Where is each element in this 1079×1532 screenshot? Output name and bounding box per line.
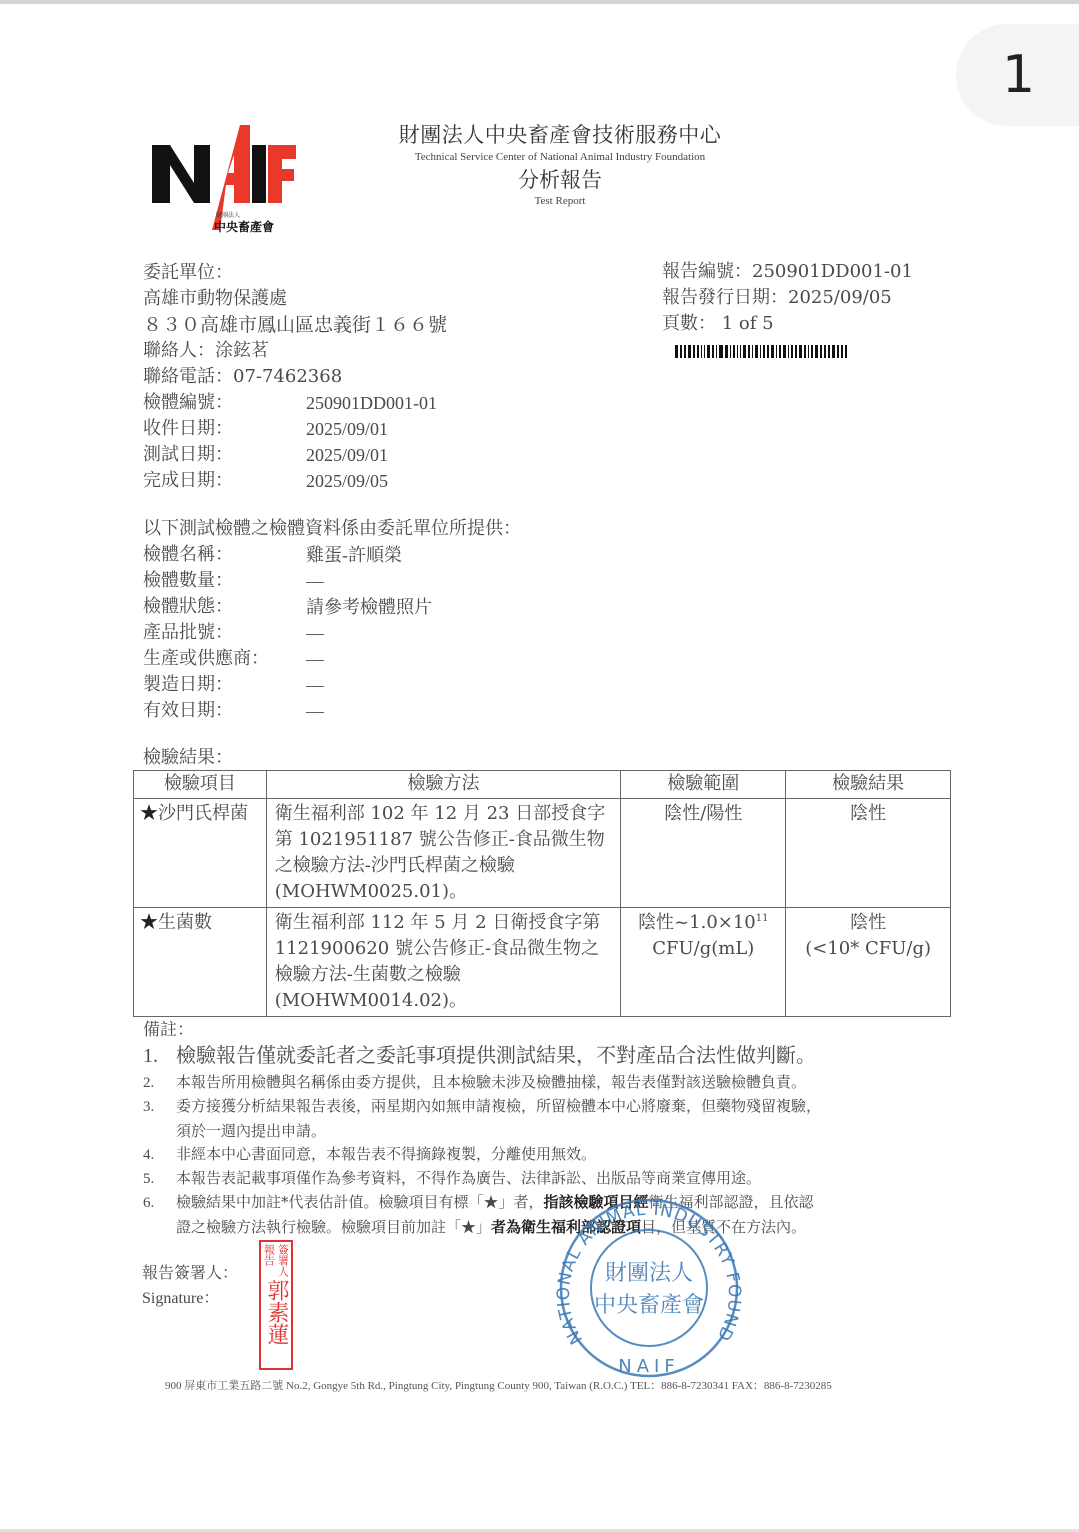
sample-status-value: 請參考檢體照片 [306, 594, 432, 620]
foundation-stamp-icon: NATIONAL ANIMAL INDUSTRY FOUNDATION NAIF… [553, 1190, 745, 1380]
report-title-en: Test Report [340, 194, 780, 208]
signature-label: 報告簽署人： Signature： [142, 1260, 238, 1312]
signature-label-en: Signature： [142, 1286, 238, 1312]
header-test-range: 檢驗範圍 [621, 771, 786, 799]
supplier-label: 生產或供應商： [143, 646, 269, 672]
received-date-value: 2025/09/01 [306, 416, 388, 442]
batch-number-label: 產品批號： [143, 620, 233, 646]
certified-star-icon: ★ [140, 803, 158, 824]
report-issue-date: 報告發行日期：2025/09/05 [662, 285, 892, 311]
client-contact: 聯絡人：涂鉉茗 [143, 338, 269, 364]
client-name: 高雄市動物保護處 [143, 286, 287, 312]
org-name-en: Technical Service Center of National Ani… [340, 150, 780, 164]
results-table: 檢驗項目 檢驗方法 檢驗範圍 檢驗結果 ★沙門氏桿菌 衛生福利部 102 年 1… [133, 770, 951, 1017]
provided-info-intro: 以下測試檢體之檢體資料係由委託單位所提供： [143, 516, 521, 542]
method-line: 第 1021951187 號公告修正-食品微生物 [275, 827, 613, 853]
range-value: 陰性/陽性 [625, 801, 781, 827]
test-range-cell: 陰性/陽性 [621, 799, 786, 908]
expiry-date-value: — [306, 698, 324, 724]
report-header: 財團法人中央畜產會技術服務中心 Technical Service Center… [340, 120, 780, 208]
test-method-cell: 衛生福利部 102 年 12 月 23 日部授食字 第 1021951187 號… [266, 799, 621, 908]
seal-text: 報告 [263, 1244, 276, 1277]
notes-title: 備註： [143, 1015, 194, 1040]
table-row: ★沙門氏桿菌 衛生福利部 102 年 12 月 23 日部授食字 第 10219… [134, 799, 951, 908]
method-line: 衛生福利部 112 年 5 月 2 日衛授食字第 [275, 910, 613, 936]
test-date-label: 測試日期： [143, 442, 233, 468]
test-item-cell: ★沙門氏桿菌 [134, 799, 267, 908]
svg-text:中央畜產會: 中央畜產會 [214, 219, 274, 234]
sample-quantity-value: — [306, 568, 324, 594]
seal-text: 簽署人 [277, 1244, 290, 1277]
result-detail: (<10* CFU/g) [790, 936, 946, 962]
barcode [675, 345, 901, 358]
expiry-date-label: 有效日期： [143, 698, 233, 724]
report-pages: 頁數： 1 of 5 [662, 311, 774, 337]
report-number: 報告編號：250901DD001-01 [662, 259, 913, 285]
note-text: 非經本中心書面同意，本報告表不得摘錄複製，分離使用無效。 [176, 1145, 596, 1163]
signature-seal: 報告 簽署人 郭素蓮 [259, 1240, 293, 1370]
top-border [0, 0, 1079, 4]
range-unit: CFU/g(mL) [625, 936, 781, 962]
client-address: ８３０高雄市鳳山區忠義街１６６號 [143, 312, 447, 338]
test-result-cell: 陰性 [786, 799, 951, 908]
note-text: 證之檢驗方法執行檢驗。檢驗項目前加註「★」 [176, 1218, 491, 1236]
test-range-cell: 陰性~1.0×1011 CFU/g(mL) [621, 908, 786, 1017]
batch-number-value: — [306, 620, 324, 646]
sample-status-label: 檢體狀態： [143, 594, 233, 620]
client-phone: 聯絡電話：07-7462368 [143, 364, 342, 390]
method-line: 之檢驗方法-沙門氏桿菌之檢驗 [275, 853, 613, 879]
note-text: 本報告所用檢體與名稱係由委方提供，且本檢驗未涉及檢體抽樣，報告表僅對該送驗檢體負… [176, 1073, 806, 1091]
document-viewer: 1 財團法人 中央畜產會 財團法人中央畜產會技術服務中心 Technical S… [0, 0, 1079, 1532]
method-line: 衛生福利部 102 年 12 月 23 日部授食字 [275, 801, 613, 827]
sample-name-label: 檢體名稱： [143, 542, 233, 568]
seal-signer-name: 郭素蓮 [263, 1279, 289, 1345]
client-label: 委託單位： [143, 260, 233, 286]
report-title-zh: 分析報告 [340, 166, 780, 194]
note-item: 3.委方接獲分析結果報告表後，兩星期內如無申請複檢，所留檢體本中心將廢棄，但藥物… [143, 1094, 821, 1143]
note-number: 1. [143, 1041, 176, 1071]
footer-address: 900 屏東市工業五路二號 No.2, Gongye 5th Rd., Ping… [165, 1377, 832, 1393]
header-test-item: 檢驗項目 [134, 771, 267, 799]
note-item: 2.本報告所用檢體與名稱係由委方提供，且本檢驗未涉及檢體抽樣，報告表僅對該送驗檢… [143, 1070, 806, 1095]
test-date-value: 2025/09/01 [306, 442, 388, 468]
manufacture-date-value: — [306, 672, 324, 698]
note-item: 5.本報告表記載事項僅作為參考資料，不得作為廣告、法律訴訟、出版品等商業宣傳用途… [143, 1166, 761, 1191]
method-line: 檢驗方法-生菌數之檢驗 [275, 962, 613, 988]
result-value: 陰性 [790, 801, 946, 827]
table-row: ★生菌數 衛生福利部 112 年 5 月 2 日衛授食字第 1121900620… [134, 908, 951, 1017]
results-title: 檢驗結果： [143, 745, 233, 771]
note-item: 4.非經本中心書面同意，本報告表不得摘錄複製，分離使用無效。 [143, 1142, 596, 1167]
received-date-label: 收件日期： [143, 416, 233, 442]
svg-text:中央畜產會: 中央畜產會 [594, 1293, 704, 1318]
naif-logo: 財團法人 中央畜產會 [150, 125, 300, 235]
note-text: 檢驗報告僅就委託者之委託事項提供測試結果，不對產品合法性做判斷。 [176, 1043, 816, 1067]
note-number: 3. [143, 1095, 176, 1119]
range-value: 陰性~1.0×1011 [625, 910, 781, 936]
range-prefix: 陰性~1.0×10 [638, 912, 756, 933]
note-item: 1.檢驗報告僅就委託者之委託事項提供測試結果，不對產品合法性做判斷。 [143, 1040, 816, 1071]
manufacture-date-label: 製造日期： [143, 672, 233, 698]
svg-text:財團法人: 財團法人 [605, 1261, 693, 1286]
note-number: 2. [143, 1071, 176, 1095]
note-text: 本報告表記載事項僅作為參考資料，不得作為廣告、法律訴訟、出版品等商業宣傳用途。 [176, 1169, 761, 1187]
sample-id-label: 檢體編號： [143, 390, 233, 416]
svg-text:財團法人: 財團法人 [216, 211, 240, 219]
page-number-badge: 1 [956, 24, 1079, 126]
supplier-value: — [306, 646, 324, 672]
official-stamp: NATIONAL ANIMAL INDUSTRY FOUNDATION NAIF… [553, 1190, 745, 1380]
note-text: 檢驗結果中加註*代表估計值。檢驗項目有標「★」者， [176, 1193, 544, 1211]
naif-logo-icon: 財團法人 中央畜產會 [150, 125, 300, 235]
note-text: 委方接獲分析結果報告表後，兩星期內如無申請複檢，所留檢體本中心將廢棄，但藥物殘留… [176, 1097, 821, 1115]
test-item-name: 生菌數 [158, 912, 212, 933]
table-header-row: 檢驗項目 檢驗方法 檢驗範圍 檢驗結果 [134, 771, 951, 799]
completion-date-label: 完成日期： [143, 468, 233, 494]
completion-date-value: 2025/09/05 [306, 468, 388, 494]
method-line: 1121900620 號公告修正-食品微生物之 [275, 936, 613, 962]
note-text-continued: 須於一週內提出申請。 [143, 1119, 821, 1143]
test-result-cell: 陰性 (<10* CFU/g) [786, 908, 951, 1017]
sample-id-value: 250901DD001-01 [306, 390, 437, 416]
signature-label-zh: 報告簽署人： [142, 1260, 238, 1286]
test-method-cell: 衛生福利部 112 年 5 月 2 日衛授食字第 1121900620 號公告修… [266, 908, 621, 1017]
method-line: (MOHWM0014.02)。 [275, 988, 613, 1014]
test-item-cell: ★生菌數 [134, 908, 267, 1017]
org-name-zh: 財團法人中央畜產會技術服務中心 [340, 120, 780, 150]
header-test-method: 檢驗方法 [266, 771, 621, 799]
note-number: 4. [143, 1143, 176, 1167]
range-exponent: 11 [756, 913, 769, 924]
svg-text:NAIF: NAIF [618, 1356, 679, 1377]
method-line: (MOHWM0025.01)。 [275, 879, 613, 905]
note-number: 5. [143, 1167, 176, 1191]
sample-name-value: 雞蛋-許順榮 [306, 542, 402, 568]
certified-star-icon: ★ [140, 912, 158, 933]
note-number: 6. [143, 1191, 176, 1215]
header-test-result: 檢驗結果 [786, 771, 951, 799]
sample-quantity-label: 檢體數量： [143, 568, 233, 594]
test-item-name: 沙門氏桿菌 [158, 803, 248, 824]
result-value: 陰性 [790, 910, 946, 936]
